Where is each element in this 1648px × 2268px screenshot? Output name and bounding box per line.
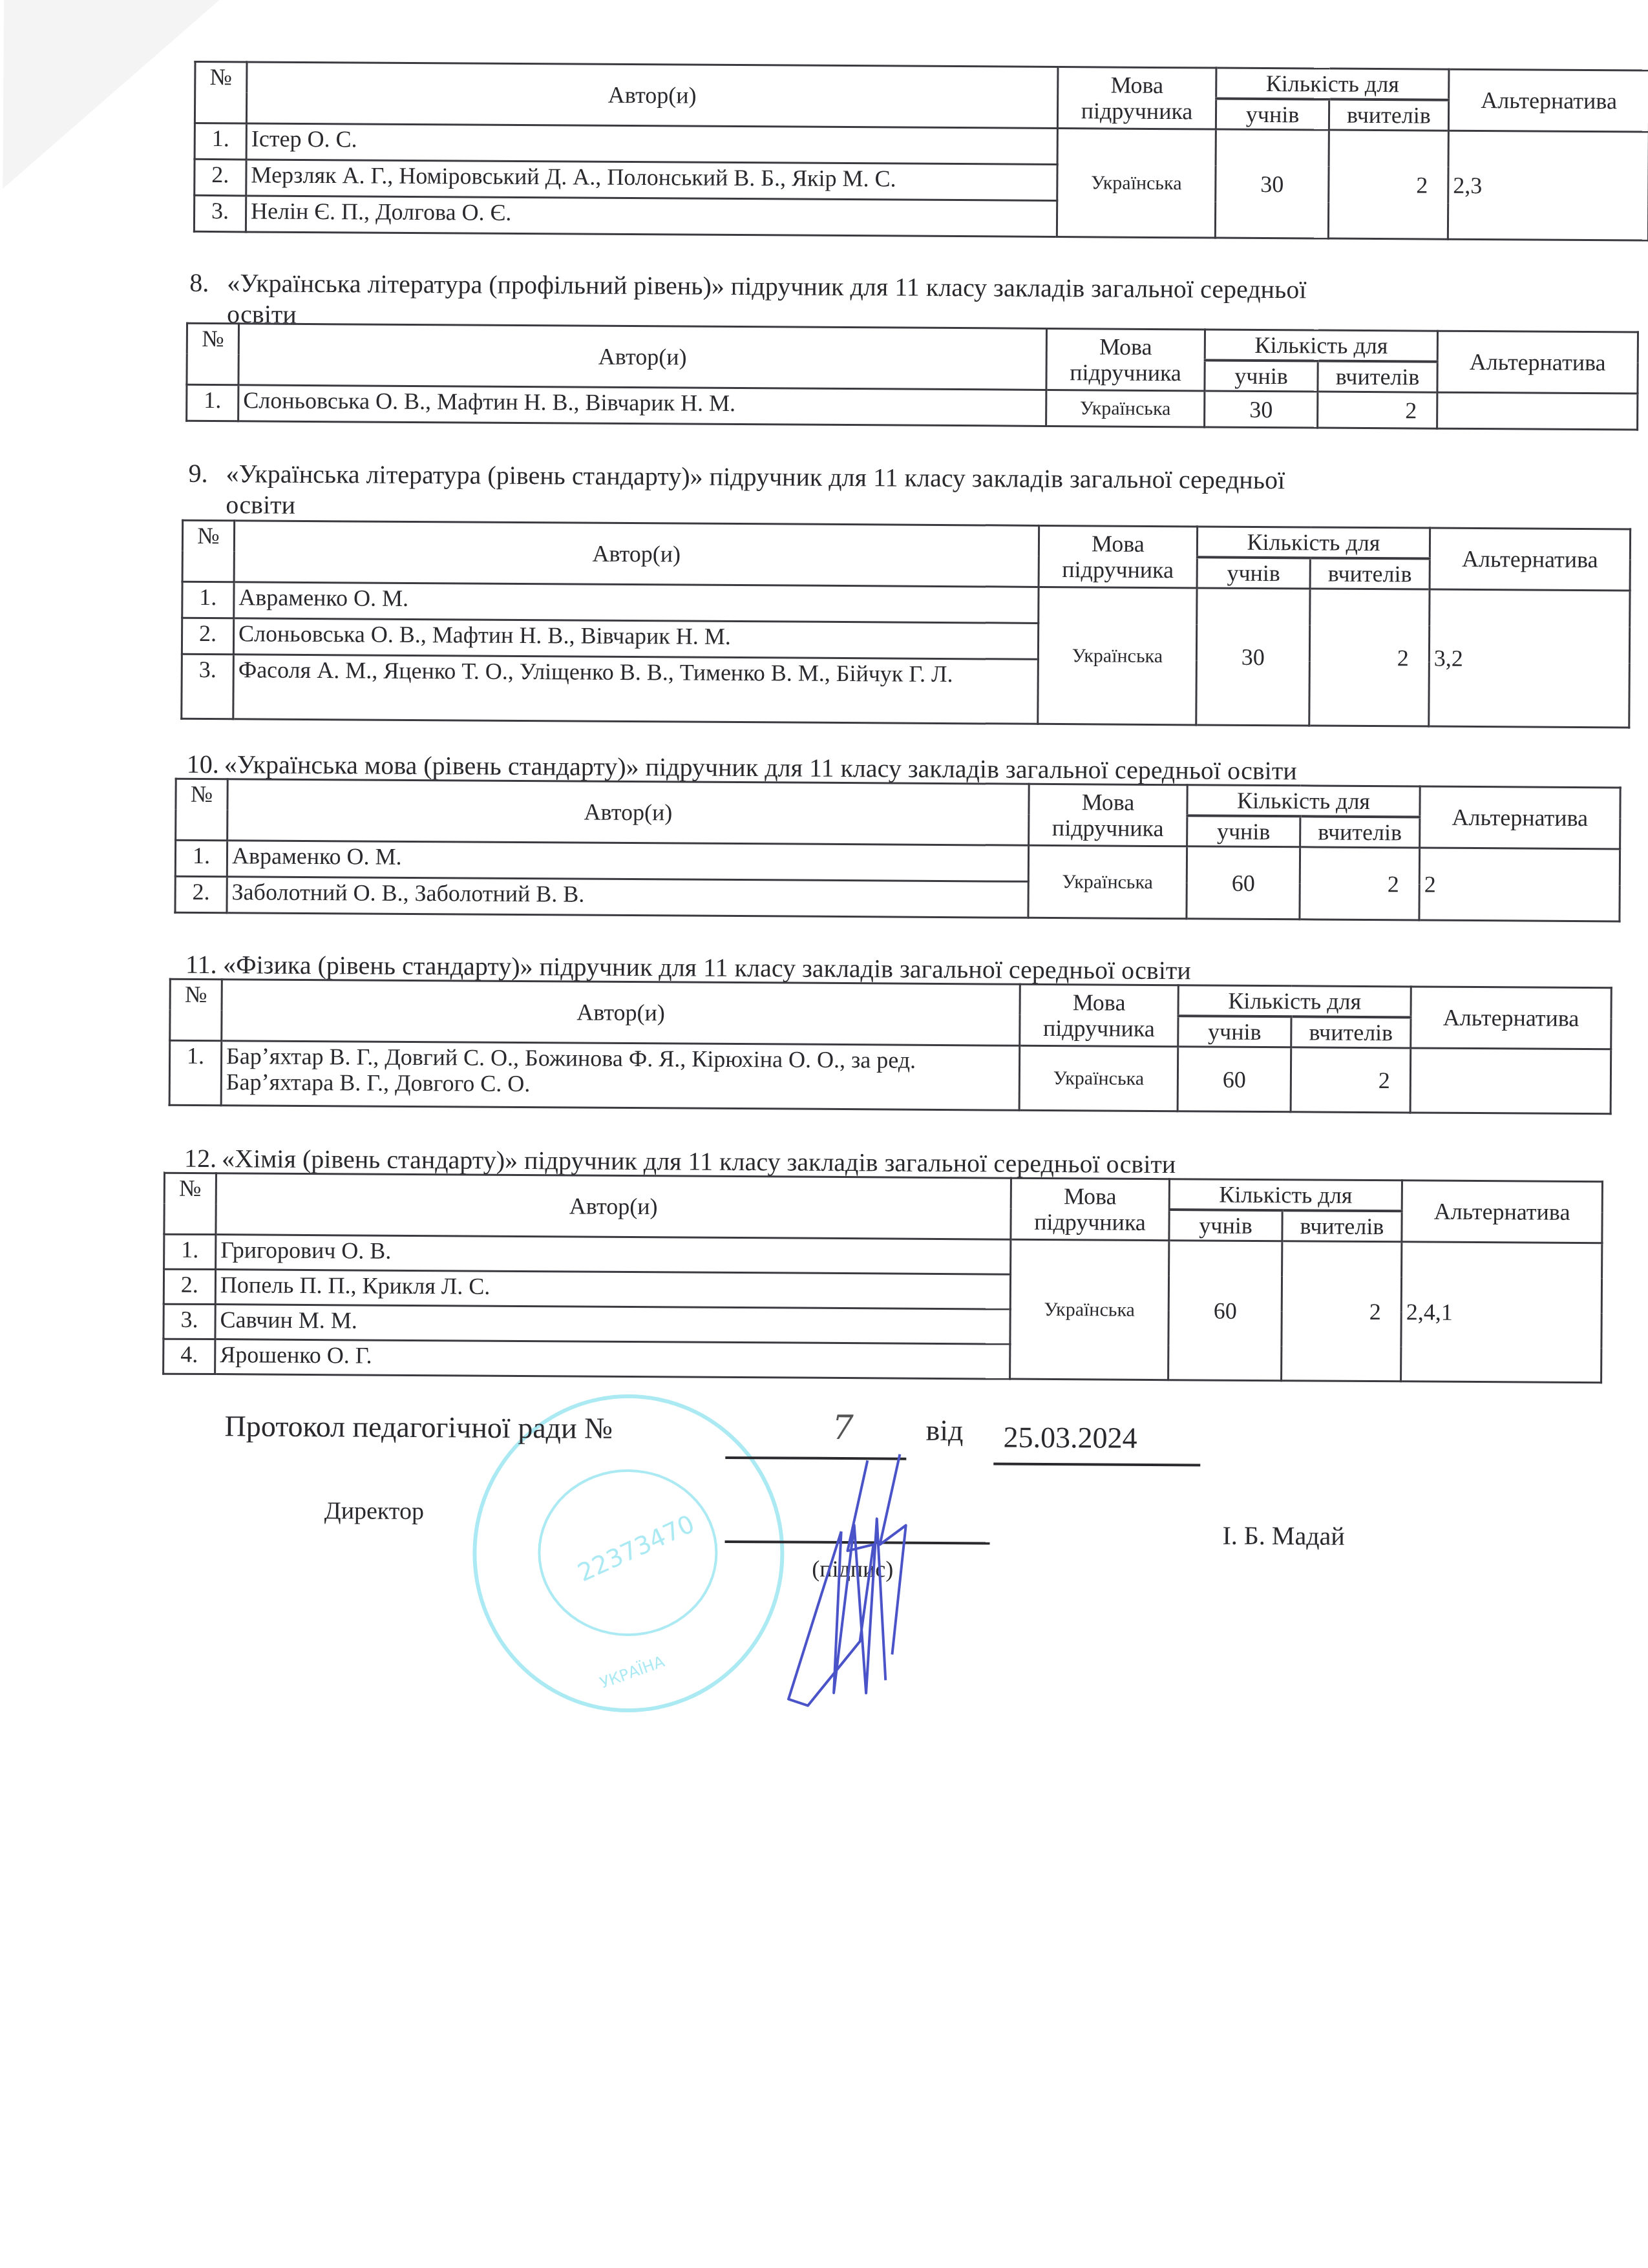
date-label: від xyxy=(925,1412,963,1449)
header-alternative: Альтернатива xyxy=(1420,786,1621,849)
row-authors: Григорович О. В. xyxy=(216,1235,1011,1275)
header-no: № xyxy=(176,779,228,840)
row-number: 3. xyxy=(182,654,234,719)
section-number: 9. xyxy=(188,458,226,489)
header-teachers: вчителів xyxy=(1291,1016,1411,1048)
header-teachers: вчителів xyxy=(1329,100,1448,131)
director-label: Директор xyxy=(324,1493,425,1529)
page-fold xyxy=(3,0,224,190)
alternative-value: 2,3 xyxy=(1448,131,1648,240)
alternative-value: 3,2 xyxy=(1429,589,1630,728)
section-number: 12. xyxy=(184,1143,222,1174)
header-no: № xyxy=(182,520,235,582)
alternative-value xyxy=(1410,1048,1611,1114)
students-count: 60 xyxy=(1178,1047,1291,1112)
header-language: Мова підручника xyxy=(1039,525,1198,587)
row-number: 2. xyxy=(164,1269,215,1304)
textbook-language: Українська xyxy=(1019,1045,1178,1111)
stamp-country: УКРАЇНА xyxy=(598,1652,667,1692)
header-authors: Автор(и) xyxy=(234,521,1039,587)
teachers-count: 2 xyxy=(1300,847,1420,920)
protocol-number: 7 xyxy=(832,1409,853,1447)
header-students: учнів xyxy=(1169,1210,1282,1241)
header-language: Мова підручника xyxy=(1029,784,1188,846)
row-authors: Савчин М. М. xyxy=(215,1305,1010,1345)
header-quantity-for: Кількість для xyxy=(1187,785,1420,817)
row-number: 2. xyxy=(175,876,227,912)
header-alternative: Альтернатива xyxy=(1437,331,1638,394)
textbook-table: № Автор(и) Мова підручника Кількість для… xyxy=(180,520,1631,729)
date-line xyxy=(993,1462,1200,1466)
header-quantity-for: Кількість для xyxy=(1178,985,1411,1018)
header-students: учнів xyxy=(1197,557,1310,589)
students-count: 60 xyxy=(1187,846,1300,919)
header-language: Мова підручника xyxy=(1011,1178,1170,1240)
header-no: № xyxy=(187,323,239,384)
header-no: № xyxy=(164,1173,217,1234)
row-authors: Попель П. П., Крикля Л. С. xyxy=(215,1270,1010,1310)
header-alternative: Альтернатива xyxy=(1411,987,1612,1049)
row-number: 1. xyxy=(182,582,234,618)
row-authors: Мерзляк А. Г., Номіровський Д. А., Полон… xyxy=(246,160,1057,201)
header-quantity-for: Кількість для xyxy=(1205,330,1437,362)
header-authors: Автор(и) xyxy=(238,324,1047,390)
row-authors: Слоньовська О. В., Мафтин Н. В., Вівчари… xyxy=(233,618,1038,660)
teachers-count: 2 xyxy=(1328,130,1448,239)
header-teachers: вчителів xyxy=(1318,361,1437,393)
row-number: 3. xyxy=(194,195,246,231)
row-authors: Заболотний О. В., Заболотний В. В. xyxy=(227,877,1028,918)
header-authors: Автор(и) xyxy=(246,62,1058,129)
protocol-date: 25.03.2024 xyxy=(1003,1420,1137,1456)
textbook-table: № Автор(и) Мова підручника Кількість для… xyxy=(162,1172,1603,1384)
header-students: учнів xyxy=(1205,360,1318,392)
teachers-count: 2 xyxy=(1309,589,1430,726)
students-count: 30 xyxy=(1215,129,1329,238)
header-language: Мова підручника xyxy=(1020,984,1179,1046)
header-alternative: Альтернатива xyxy=(1448,69,1648,132)
section-title-text: «Українська література (профільний рівен… xyxy=(227,268,1306,304)
header-authors: Автор(и) xyxy=(227,779,1030,846)
row-number: 1. xyxy=(169,1040,222,1105)
header-students: учнів xyxy=(1187,815,1300,847)
students-count: 60 xyxy=(1168,1241,1282,1381)
alternative-value: 2,4,1 xyxy=(1401,1242,1602,1383)
section-number: 8. xyxy=(189,268,227,299)
alternative-value: 2 xyxy=(1419,848,1620,921)
header-authors: Автор(и) xyxy=(216,1173,1011,1240)
header-quantity-for: Кількість для xyxy=(1197,527,1430,559)
header-no: № xyxy=(170,979,222,1040)
row-number: 1. xyxy=(195,123,246,159)
row-number: 2. xyxy=(182,618,233,654)
textbook-language: Українська xyxy=(1038,587,1197,724)
teachers-count: 2 xyxy=(1291,1047,1411,1113)
row-authors: Ярошенко О. Г. xyxy=(215,1339,1010,1380)
row-authors: Нелін Є. П., Долгова О. Є. xyxy=(246,196,1057,237)
header-teachers: вчителів xyxy=(1310,558,1430,589)
section-title-text: «Українська література (рівень стандарту… xyxy=(226,459,1285,494)
row-authors: Авраменко О. М. xyxy=(234,582,1039,624)
textbook-language: Українська xyxy=(1057,129,1216,238)
row-number: 3. xyxy=(164,1304,215,1339)
row-authors: Істер О. С. xyxy=(246,123,1057,165)
teachers-count: 2 xyxy=(1318,392,1437,428)
director-name: І. Б. Мадай xyxy=(1222,1518,1344,1555)
section-number: 11. xyxy=(185,949,223,980)
row-authors: Фасоля А. М., Яценко Т. О., Уліщенко В. … xyxy=(233,655,1039,724)
table-row: 1. Бар’яхтар В. Г., Довгий С. О., Божино… xyxy=(169,1040,1611,1114)
header-teachers: вчителів xyxy=(1300,816,1420,848)
document-content: № Автор(и) Мова підручника Кількість для… xyxy=(4,0,1648,5)
header-alternative: Альтернатива xyxy=(1402,1181,1603,1243)
header-quantity-for: Кількість для xyxy=(1169,1179,1402,1212)
header-students: учнів xyxy=(1178,1016,1291,1047)
header-students: учнів xyxy=(1216,99,1329,131)
header-language: Мова підручника xyxy=(1057,67,1216,129)
textbook-language: Українська xyxy=(1046,390,1205,426)
header-language: Мова підручника xyxy=(1046,328,1205,390)
textbook-table: № Автор(и) Мова підручника Кількість для… xyxy=(193,61,1648,242)
document-page: № Автор(и) Мова підручника Кількість для… xyxy=(0,0,1648,2268)
alternative-value xyxy=(1437,392,1638,430)
textbook-language: Українська xyxy=(1028,845,1187,918)
header-alternative: Альтернатива xyxy=(1430,528,1631,591)
row-number: 1. xyxy=(164,1234,216,1269)
header-no: № xyxy=(195,61,247,123)
header-quantity-for: Кількість для xyxy=(1216,68,1449,100)
row-number: 1. xyxy=(187,384,238,421)
textbook-table: № Автор(и) Мова підручника Кількість для… xyxy=(169,978,1612,1115)
textbook-table: № Автор(и) Мова підручника Кількість для… xyxy=(185,322,1639,431)
textbook-language: Українська xyxy=(1010,1239,1169,1380)
section-title: 9.«Українська література (рівень стандар… xyxy=(188,458,1636,529)
row-number: 2. xyxy=(195,159,246,195)
students-count: 30 xyxy=(1205,391,1318,428)
protocol-label: Протокол педагогічної ради № xyxy=(224,1408,613,1447)
teachers-count: 2 xyxy=(1282,1241,1402,1381)
row-number: 1. xyxy=(175,840,227,876)
section-number: 10. xyxy=(187,749,224,780)
header-authors: Автор(и) xyxy=(222,980,1020,1046)
row-authors: Слоньовська О. В., Мафтин Н. В., Вівчари… xyxy=(238,385,1046,426)
row-authors: Авраменко О. М. xyxy=(227,841,1028,882)
students-count: 30 xyxy=(1196,588,1310,726)
signature-icon xyxy=(769,1447,965,1719)
header-teachers: вчителів xyxy=(1282,1210,1402,1242)
textbook-table: № Автор(и) Мова підручника Кількість для… xyxy=(174,778,1621,923)
row-number: 4. xyxy=(164,1339,215,1374)
row-authors: Бар’яхтар В. Г., Довгий С. О., Божинова … xyxy=(221,1041,1020,1111)
